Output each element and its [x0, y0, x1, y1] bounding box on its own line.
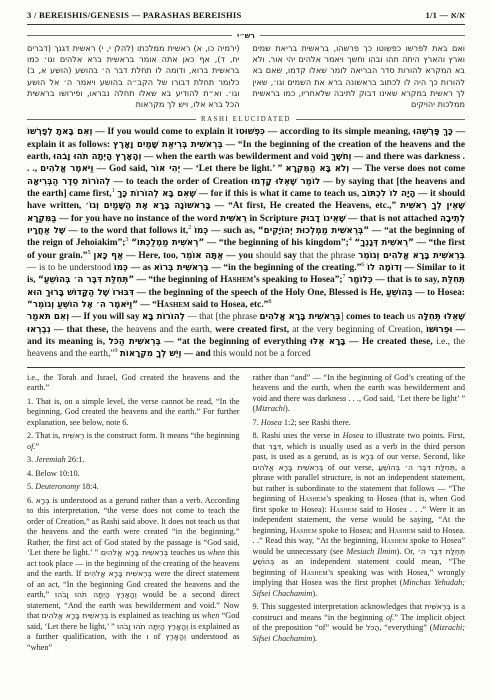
footnote: rather than “and” — “In the beginning of… — [253, 373, 466, 415]
text-segment: בְּרֵאשִׁית בְּרוֹא — [154, 263, 209, 273]
text-segment: — and — [182, 349, 214, 359]
text-segment: בְּרֵאשִׁית בְּרִיאַת שָׁמַיִם וָאָרֶץ — [113, 140, 223, 150]
text-segment: הָיָה לוֹ לִכְתּוֹב — [362, 189, 416, 199]
text-segment: וְלֹא בָּא הַמִּקְרָא — [285, 164, 349, 174]
text-segment: בְּרֵאשִׁית בָּרָא אֱלֹהִים — [253, 463, 324, 472]
text-segment: Mizrachi — [255, 404, 285, 413]
text-segment: — that is not attached — [346, 214, 440, 224]
text-segment: , “everything” ( — [379, 623, 432, 632]
text-segment: 26:1. — [66, 455, 85, 464]
text-segment: Hosea — [343, 431, 364, 440]
footnotes-section: i.e., the Torah and Israel, God created … — [27, 373, 465, 657]
text-segment: בְּרֵאשִׁית בָּרָא אֱלֹהִים — [42, 611, 109, 620]
text-segment: — that these, — [51, 325, 112, 335]
text-segment: — to Hosea: — [413, 288, 465, 298]
text-segment: וְיֵשׁ לְךָ מִקְרָאוֹת — [120, 349, 182, 359]
text-segment: Hashem — [330, 505, 357, 514]
text-segment: — “ — [138, 300, 157, 310]
text-segment: Hashem — [220, 275, 253, 285]
text-segment: — If you would come to explain it — [93, 127, 236, 137]
text-segment: בְּרֵאשִׁית הַכֹּל — [109, 337, 161, 347]
text-segment: וְאִם בָּאתָ לְפָרְשׁוֹ — [27, 127, 93, 137]
text-segment: teaches us — [168, 548, 207, 557]
text-segment: בָּרָא אֵלּוּ — [310, 337, 346, 347]
text-segment: בְּרֵאשִׁית בָּרָא אֱלֹהִים — [259, 312, 340, 322]
text-segment: — such as, — [208, 226, 258, 236]
text-segment: בְּרֵאשִׁית בָּרָא אֱלֹהִים — [84, 569, 152, 578]
text-segment: — is to be understood — [27, 263, 114, 273]
text-segment: this would not be a forced — [213, 349, 311, 359]
text-segment: of our verse. Second, like — [374, 452, 465, 461]
text-segment: ). — [285, 404, 290, 413]
text-segment: וְהָאָרֶץ הָיְתָה תֹהוּ וָבֹהוּ — [55, 590, 137, 599]
footnote: 3. Jeremiah 26:1. — [27, 455, 240, 466]
text-segment: שֶׁאֵינוֹ דָבוּק — [300, 214, 345, 224]
rashi-elucidated-divider: RASHI ELUCIDATED — [27, 116, 465, 123]
footnote: i.e., the Torah and Israel, God created … — [27, 373, 240, 394]
text-segment: — that [the phrase — [185, 312, 259, 322]
text-segment: וְהָאָרֶץ — [165, 632, 186, 641]
rashi-elucidated-label: RASHI ELUCIDATED — [201, 116, 291, 123]
text-segment: כְּמוֹ — [114, 263, 128, 273]
footnote: 8. Rashi uses the verse in Hosea to illu… — [253, 431, 466, 599]
text-segment: 18:4. — [80, 482, 99, 491]
text-segment: Hashem — [290, 526, 317, 535]
commentary-paragraph: וְאִם תֹּאמַר — If you will say לְהוֹרוֹ… — [27, 311, 465, 360]
text-segment: 6. — [27, 496, 36, 505]
text-segment: — Here, too, — [123, 251, 181, 261]
text-segment: שֶׁאִם בָּא לְהוֹרוֹת כָּךְ — [117, 189, 196, 199]
text-segment: 8 — [268, 298, 271, 305]
text-segment: וְחֹשֶׁךְ — [331, 152, 352, 162]
text-segment: בְּרֵאשִׁית — [425, 602, 451, 611]
text-segment: בְּרֵאשִׁית בָּרָא אֱלֹהִים וְגוֹמֵר — [358, 251, 465, 261]
text-segment: רֵאשִׁית — [220, 214, 247, 224]
text-segment: 3. — [27, 455, 35, 464]
text-segment: — “At first, He created the Heavens, etc… — [211, 201, 401, 211]
footnote: 2. That is, רֵאשִׁית is the construct fo… — [27, 431, 240, 452]
text-segment: וְאִם תֹּאמַר — [27, 312, 69, 322]
text-segment: הַכֹּל — [366, 623, 379, 632]
text-segment: — to teach the order of Creation — [110, 177, 251, 187]
rashi-script-left-column: (ירמיה כו, א) ראשית ממלכתו (להלן י, י) ר… — [27, 43, 240, 110]
text-segment: “וַיֹּאמֶר ה׳ אֶל הוֹשֵׁעַ וְגוֹמֵר” — [27, 300, 138, 310]
footnote: 5. Deuteronomy 18:4. — [27, 482, 240, 493]
text-segment: תְּחִלַּת דִּבֶּר ה׳ בְּהוֹשֵׁעַ — [378, 463, 455, 472]
text-segment: 1:2; see Rashi there. — [282, 418, 351, 427]
text-segment: דִּבֶּר — [268, 442, 281, 451]
text-segment: Hashem — [301, 568, 328, 577]
text-segment: לוֹמַר שֶׁאֵלּוּ קָדְמוּ — [251, 177, 320, 187]
text-segment: spoke to Hosea; and — [317, 526, 389, 535]
text-segment: — “the beginning of his kingdom”; — [204, 238, 349, 248]
text-segment: וַיֹּאמֶר אֱלֹהִים — [40, 164, 93, 174]
text-segment: — God said, — [93, 164, 150, 174]
footnote: 1. That is, on a simple level, the verse… — [27, 397, 240, 429]
text-segment: לְהוֹרוֹת סֵדֶר הַבְּרִיאָה — [27, 177, 110, 187]
text-segment: 5. — [27, 482, 35, 491]
text-segment: i.e., the Torah and Israel, God created … — [27, 373, 240, 393]
elucidated-commentary-body: וְאִם בָּאתָ לְפָרְשׁוֹ — If you would c… — [27, 126, 465, 361]
text-segment: of — [149, 632, 166, 641]
book-page: 3 / BEREISHIS/GENESIS — PARASHAS BEREISH… — [0, 0, 492, 700]
text-segment: — “at the beginning of everything — [161, 337, 310, 347]
text-segment: 1. That is, on a simple level, the verse… — [27, 397, 240, 427]
text-segment: כְּמוֹ — [194, 226, 208, 236]
text-segment: “תְּחִלַּת דִּבֶּר ה׳ בְּהוֹשֵׁעַ” — [38, 275, 134, 285]
text-segment: Hashem — [157, 300, 190, 310]
text-segment: כָּךְ פָּרְשֵׁהוּ — [413, 127, 453, 137]
text-segment: — that is to say, — [373, 275, 442, 285]
text-segment: וְדוֹמֶה לוֹ — [367, 263, 402, 273]
text-segment: בְּרָא — [360, 452, 374, 461]
text-segment: say — [284, 251, 300, 261]
text-segment: — for if this is what it came to teach u… — [196, 189, 362, 199]
text-segment: when — [202, 611, 219, 620]
text-segment: that the phrase — [300, 251, 359, 261]
text-segment: — ‘Let there be light.’ ” — [180, 164, 285, 174]
text-segment: at the very beginning of Creation, — [292, 325, 426, 335]
text-segment: is explained as teaching us — [108, 611, 201, 620]
text-segment: 2. That is, — [27, 431, 63, 440]
text-segment: — according to its simple meaning, — [265, 127, 413, 137]
text-segment: in Scripture — [247, 214, 300, 224]
text-segment: — when the earth was bewilderment and vo… — [141, 152, 331, 162]
rashi-script-right-column: ואם באת לפרשו כפשוטו כך פרשהו, בראשית בר… — [253, 43, 466, 110]
text-segment: לְהוֹרוֹת בָּא — [142, 312, 185, 322]
text-segment: כִּפְשׁוּטוֹ — [236, 127, 265, 137]
verse-reference: 1/1 — א/א — [425, 10, 465, 20]
footnote: 6. בְּרָא is understood as a gerund rath… — [27, 496, 240, 654]
text-segment: — “the beginning of — [134, 275, 220, 285]
text-segment: — for you have no instance of the word — [57, 214, 221, 224]
text-segment: יְהִי אוֹר — [151, 164, 180, 174]
text-segment: — He created these, — [346, 337, 437, 347]
text-segment: were created first, — [215, 325, 292, 335]
text-segment: כְּלוֹמַר — [348, 275, 373, 285]
text-segment: Hashem — [299, 494, 326, 503]
footnote-rule — [27, 367, 465, 368]
text-segment: Hosea — [261, 418, 282, 427]
footnote: 7. Hosea 1:2; see Rashi there. — [253, 418, 466, 429]
text-segment: — you — [223, 251, 255, 261]
text-segment: is the construct form. It means “the beg… — [84, 431, 239, 440]
text-segment: וְהָאָרֶץ הָיְתָה תֹהוּ וָבֹהוּ — [53, 152, 141, 162]
text-segment: “רֵאשִׁית דְּגָנְךָ” — [355, 238, 414, 248]
text-segment: when — [208, 548, 225, 557]
page-header: 3 / BEREISHIS/GENESIS — PARASHAS BEREISH… — [27, 10, 465, 20]
footnotes-left-column: i.e., the Torah and Israel, God created … — [27, 373, 240, 657]
rashi-script-divider: רש״י — [27, 31, 465, 40]
text-segment: — to the word that follows it, — [65, 226, 188, 236]
text-segment: Mesiach Ilmim — [346, 547, 396, 556]
text-segment: — as — [128, 263, 154, 273]
text-segment: — If you will say — [69, 312, 142, 322]
text-segment: Deuteronomy — [35, 482, 80, 491]
text-segment: רֵאשִׁית — [63, 431, 85, 440]
page-reference: 3 / BEREISHIS/GENESIS — PARASHAS BEREISH… — [27, 10, 242, 20]
text-segment: וְהָאָרֶץ הָיְתָה תֹהוּ וָבֹהוּ — [117, 622, 188, 631]
text-segment: Jeremiah — [35, 455, 65, 464]
text-segment: Hashem — [389, 526, 416, 535]
rashi-script-label: רש״י — [237, 31, 255, 40]
commentary-paragraph: וְאִם בָּאתָ לְפָרְשׁוֹ — If you would c… — [27, 126, 465, 311]
text-segment: — The verse does not come — [349, 164, 465, 174]
text-segment: אַף כָּאן — [93, 251, 123, 261]
text-segment: 4. Below 10:10. — [27, 469, 80, 478]
text-segment: us — [407, 312, 418, 322]
text-segment: ” — [35, 442, 39, 451]
text-segment: Hashem — [381, 536, 408, 545]
text-segment: אַתָּה אוֹמֵר — [181, 251, 224, 261]
rashi-script-block: ואם באת לפרשו כפשוטו כך פרשהו, בראשית בר… — [27, 43, 465, 110]
text-segment: “רֵאשִׁית מַמְלַכְתּוֹ” — [131, 238, 204, 248]
text-segment: ). Or, — [396, 547, 417, 556]
text-segment: of our verse, — [323, 463, 378, 472]
text-segment: said to Hosea, etc.” — [190, 300, 269, 310]
text-segment: בְּהוֹשֵׁעַ — [386, 288, 413, 298]
text-segment: 8. Rashi uses the verse in — [253, 431, 343, 440]
text-segment: the heavens and the earth, — [112, 325, 216, 335]
text-segment: 7. — [253, 418, 261, 427]
text-segment: ’s speaking to Hosea”; — [253, 275, 342, 285]
text-segment: comes to teach — [346, 312, 407, 322]
text-segment: should — [256, 251, 284, 261]
text-segment: — “in the beginning of the creating.” — [209, 263, 362, 273]
footnotes-right-column: rather than “and” — “In the beginning of… — [253, 373, 466, 657]
text-segment: בְּרֵאשִׁית בָּרָא אֱלֹהִים — [101, 548, 168, 557]
text-segment: בָּרִאשׁוֹנָה בָּרָא אֶת הַשָּׁמַיִם וְג… — [85, 201, 210, 211]
footnote: 9. This suggested interpretation acknowl… — [253, 602, 466, 644]
text-segment: ). — [312, 634, 317, 643]
text-segment: בְּרָא — [36, 496, 50, 505]
text-segment: — the beginning of the speech of the Hol… — [134, 288, 386, 298]
footnote: 4. Below 10:10. — [27, 469, 240, 480]
text-segment: 9. This suggested interpretation acknowl… — [253, 602, 425, 611]
text-segment: וּפֵרוּשׁוֹ — [426, 325, 452, 335]
header-rule — [27, 24, 465, 25]
text-segment: “בְּרֵאשִׁית מַמְלְכוּת יְהוֹיָקִים” — [258, 226, 369, 236]
text-segment: ). — [312, 589, 317, 598]
